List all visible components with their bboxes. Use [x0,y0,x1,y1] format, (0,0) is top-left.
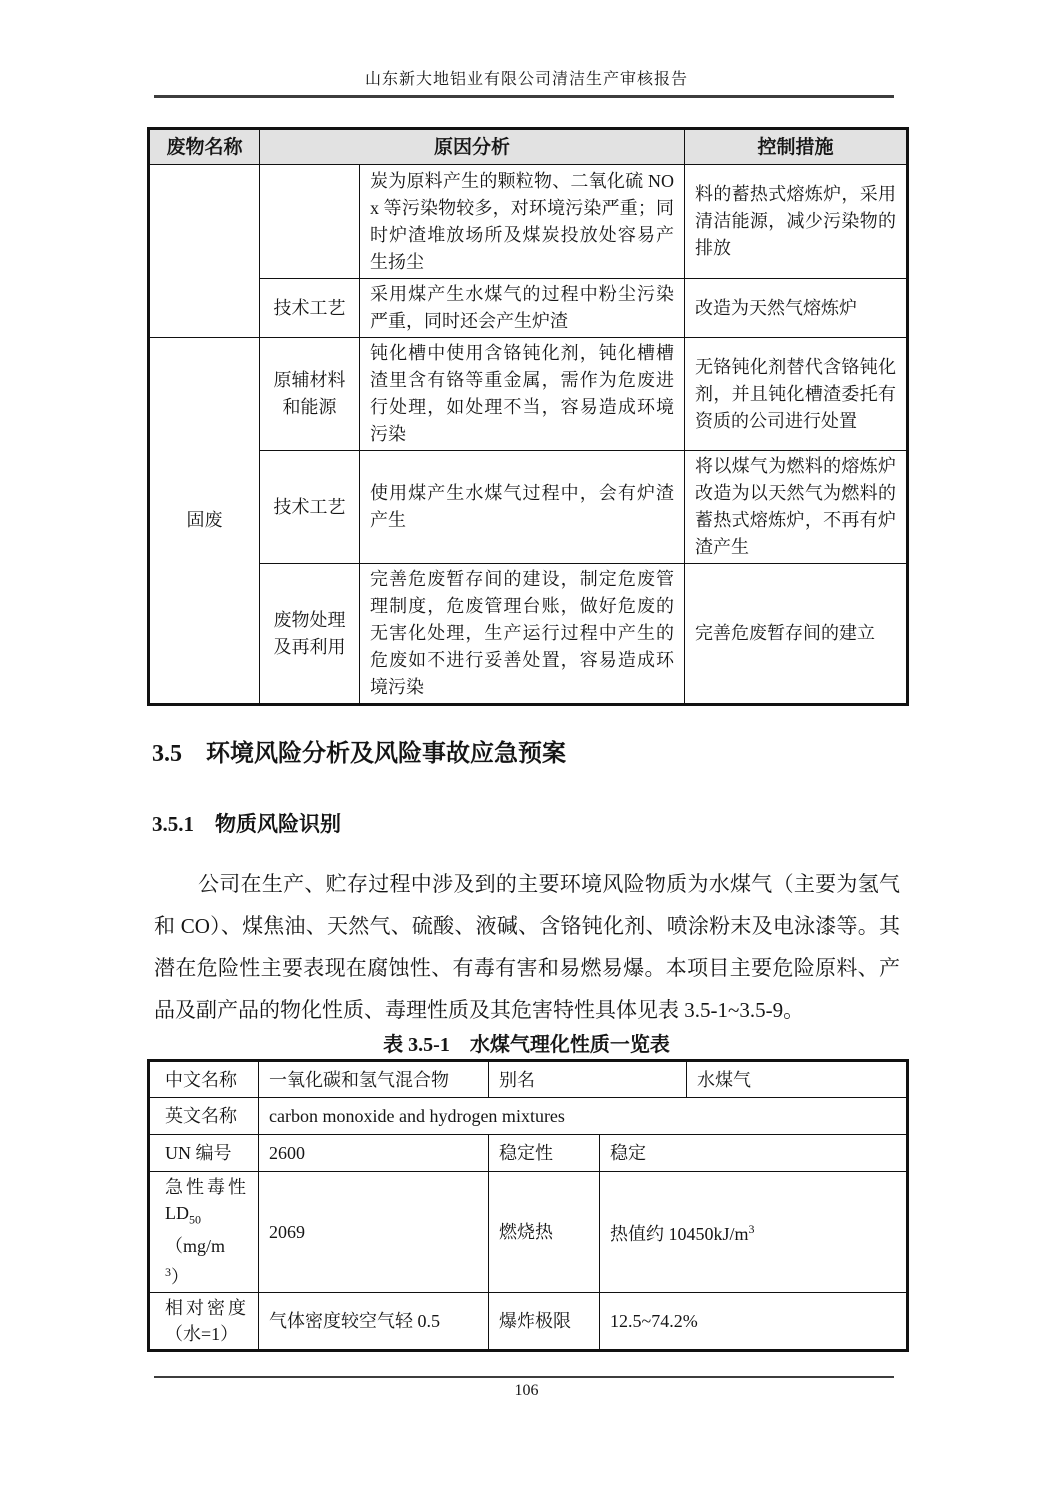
table-row: 炭为原料产生的颗粒物、二氧化硫 NOx 等污染物较多，对环境污染严重；同时炉渣堆… [149,165,908,279]
property-value-combustion-heat: 热值约 10450kJ/m3 [600,1172,908,1293]
footer-rule [154,1376,894,1378]
property-value: 气体密度较空气轻 0.5 [259,1292,489,1350]
table-row: 英文名称 carbon monoxide and hydrogen mixtur… [149,1098,908,1135]
property-label: 别名 [489,1061,687,1098]
section-heading-3-5: 3.5 环境风险分析及风险事故应急预案 [152,739,906,769]
measure-cell: 无铬钝化剂替代含铬钝化剂，并且钝化槽渣委托有资质的公司进行处置 [685,338,908,451]
waste-name-cell-empty [149,165,260,338]
body-paragraph: 公司在生产、贮存过程中涉及到的主要环境风险物质为水煤气（主要为氢气和 CO）、煤… [154,863,900,1031]
property-value: 一氧化碳和氢气混合物 [259,1061,489,1098]
page-content: 废物名称 原因分析 控制措施 炭为原料产生的颗粒物、二氧化硫 NOx 等污染物较… [147,0,906,1352]
property-label: 英文名称 [149,1098,259,1135]
table-row: 技术工艺 使用煤产生水煤气过程中，会有炉渣产生 将以煤气为燃料的熔炼炉改造为以天… [149,451,908,564]
analysis-cell: 完善危废暂存间的建设，制定危废管理制度，危废管理台账，做好危废的无害化处理，生产… [360,564,685,705]
property-label: 爆炸极限 [489,1292,600,1350]
waste-name-cell-solid-waste: 固废 [149,338,260,705]
col-header-cause-analysis: 原因分析 [260,129,685,165]
label-line: LD50 [165,1200,246,1233]
category-cell: 技术工艺 [260,451,360,564]
measure-cell: 料的蓄热式熔炼炉，采用清洁能源，减少污染物的排放 [685,165,908,279]
property-value: carbon monoxide and hydrogen mixtures [259,1098,908,1135]
table-header-row: 废物名称 原因分析 控制措施 [149,129,908,165]
analysis-cell: 采用煤产生水煤气的过程中粉尘污染严重，同时还会产生炉渣 [360,279,685,338]
property-label: 中文名称 [149,1061,259,1098]
label-line: 相对密度 [165,1295,246,1321]
property-value: 12.5~74.2% [600,1292,908,1350]
category-cell: 废物处理及再利用 [260,564,360,705]
subscript: 50 [189,1213,201,1227]
analysis-cell: 炭为原料产生的颗粒物、二氧化硫 NOx 等污染物较多，对环境污染严重；同时炉渣堆… [360,165,685,279]
property-label-acute-toxicity: 急性毒性 LD50 （mg/m3） [149,1172,259,1293]
col-header-control-measures: 控制措施 [685,129,908,165]
measure-cell: 改造为天然气熔炼炉 [685,279,908,338]
analysis-cell: 钝化槽中使用含铬钝化剂，钝化槽槽渣里含有铬等重金属，需作为危废进行处理，如处理不… [360,338,685,451]
category-cell-empty [260,165,360,279]
property-value: 2600 [259,1135,489,1172]
measure-cell: 将以煤气为燃料的熔炼炉改造为以天然气为燃料的蓄热式熔炼炉，不再有炉渣产生 [685,451,908,564]
superscript: 3 [749,1222,755,1236]
measure-cell: 完善危废暂存间的建立 [685,564,908,705]
label-line: 急性毒性 [165,1174,246,1200]
col-header-waste-name: 废物名称 [149,129,260,165]
category-cell: 技术工艺 [260,279,360,338]
label-line: （水=1） [165,1321,246,1347]
table-row: 技术工艺 采用煤产生水煤气的过程中粉尘污染严重，同时还会产生炉渣 改造为天然气熔… [149,279,908,338]
gas-table-title: 表 3.5-1 水煤气理化性质一览表 [147,1031,906,1059]
table-row: 固废 原辅材料和能源 钝化槽中使用含铬钝化剂，钝化槽槽渣里含有铬等重金属，需作为… [149,338,908,451]
page-number: 106 [147,1380,906,1402]
property-value: 2069 [259,1172,489,1293]
property-value: 稳定 [600,1135,908,1172]
property-label: 稳定性 [489,1135,600,1172]
table-row: UN 编号 2600 稳定性 稳定 [149,1135,908,1172]
table-row: 急性毒性 LD50 （mg/m3） 2069 燃烧热 热值约 10450kJ/m… [149,1172,908,1293]
document-page: { "page": { "header_title": "山东新大地铝业有限公司… [0,0,1050,1485]
waste-cause-control-table: 废物名称 原因分析 控制措施 炭为原料产生的颗粒物、二氧化硫 NOx 等污染物较… [147,127,909,706]
table-row: 废物处理及再利用 完善危废暂存间的建设，制定危废管理制度，危废管理台账，做好危废… [149,564,908,705]
table-row: 中文名称 一氧化碳和氢气混合物 别名 水煤气 [149,1061,908,1098]
analysis-cell: 使用煤产生水煤气过程中，会有炉渣产生 [360,451,685,564]
subsection-heading-3-5-1: 3.5.1 物质风险识别 [152,811,906,837]
property-label-relative-density: 相对密度 （水=1） [149,1292,259,1350]
label-line: （mg/m3） [165,1233,246,1290]
category-cell: 原辅材料和能源 [260,338,360,451]
property-value: 水煤气 [687,1061,908,1098]
water-gas-properties-table: 中文名称 一氧化碳和氢气混合物 别名 水煤气 英文名称 carbon monox… [147,1059,909,1352]
table-row: 相对密度 （水=1） 气体密度较空气轻 0.5 爆炸极限 12.5~74.2% [149,1292,908,1350]
property-label: 燃烧热 [489,1172,600,1293]
property-label: UN 编号 [149,1135,259,1172]
